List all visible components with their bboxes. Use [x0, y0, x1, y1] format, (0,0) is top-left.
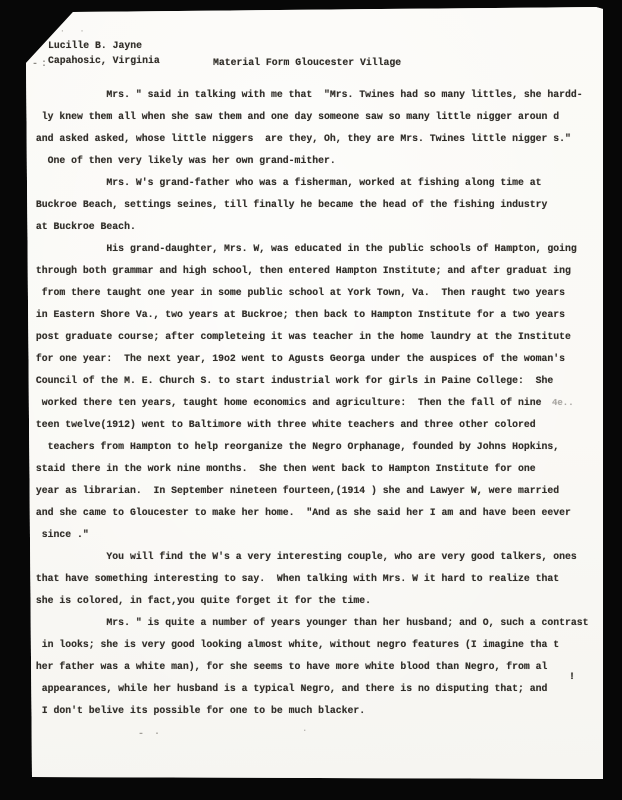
author-location: Capahosic, Virginia [48, 50, 160, 72]
document-page: Lucille B. Jayne Capahosic, Virginia Mat… [26, 7, 603, 779]
faint-overstrike-fragment: 4e.. [552, 392, 574, 414]
pencil-mark-above-header: · · [60, 27, 89, 36]
pencil-mark-top-left: -: [32, 59, 50, 70]
typewritten-body-text: Mrs. " said in talking with me that "Mrs… [30, 84, 589, 722]
pencil-mark-bottom-left: - · [138, 729, 162, 740]
margin-exclamation-mark: ! [569, 667, 575, 689]
scanner-backdrop: Lucille B. Jayne Capahosic, Virginia Mat… [0, 0, 622, 800]
document-title: Material Form Gloucester Village [213, 52, 401, 74]
pencil-mark-bottom-mid: · [302, 726, 307, 736]
